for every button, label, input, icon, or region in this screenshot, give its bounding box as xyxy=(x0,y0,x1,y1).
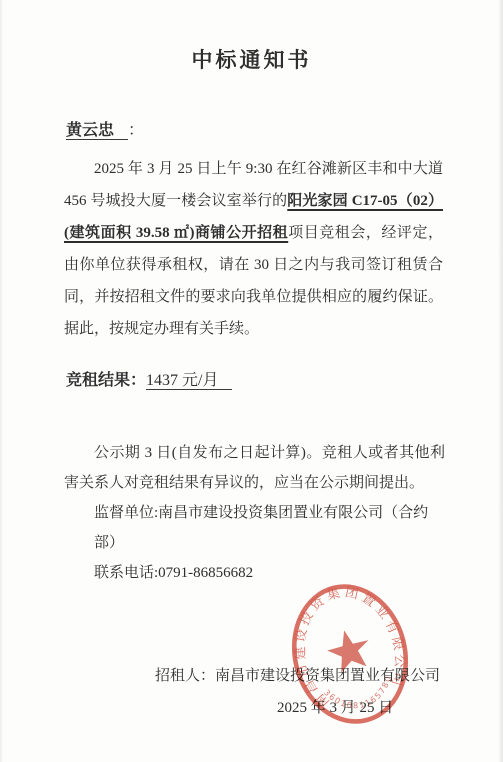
document-page: 中标通知书 黄云忠： 2025 年 3 月 25 日上午 9:30 在红谷滩新区… xyxy=(0,0,503,762)
addressee-colon: ： xyxy=(128,122,144,139)
company-seal-stamp-icon: 南昌市建设投资集团置业有限公司 3601081165780 xyxy=(289,580,411,728)
notice-block: 公示期 3 日(自发布之日起计算)。竞租人或者其他利害关系人对竞租结果有异议的，… xyxy=(64,438,445,588)
publicity-period-text: 公示期 3 日(自发布之日起计算)。竞租人或者其他利害关系人对竞租结果有异议的，… xyxy=(64,438,445,498)
addressee-line: 黄云忠： xyxy=(66,121,443,141)
addressee-name: 黄云忠 xyxy=(66,122,128,140)
bid-result-line: 竞租结果：1437 元/月 xyxy=(66,371,443,391)
body-text-tail: 项目竞租会，经评定，由你单位获得承租权，请在 30 日之内与我司签订租赁合同，并… xyxy=(64,225,443,337)
bid-result-label: 竞租结果： xyxy=(66,372,146,389)
seal-star-icon xyxy=(323,625,374,675)
document-title: 中标通知书 xyxy=(0,0,503,75)
bid-result-value: 1437 元/月 xyxy=(146,372,232,390)
body-paragraph: 2025 年 3 月 25 日上午 9:30 在红谷滩新区丰和中大道 456 号… xyxy=(64,153,443,345)
supervisor-line: 监督单位:南昌市建设投资集团置业有限公司（合约部） xyxy=(64,498,445,558)
